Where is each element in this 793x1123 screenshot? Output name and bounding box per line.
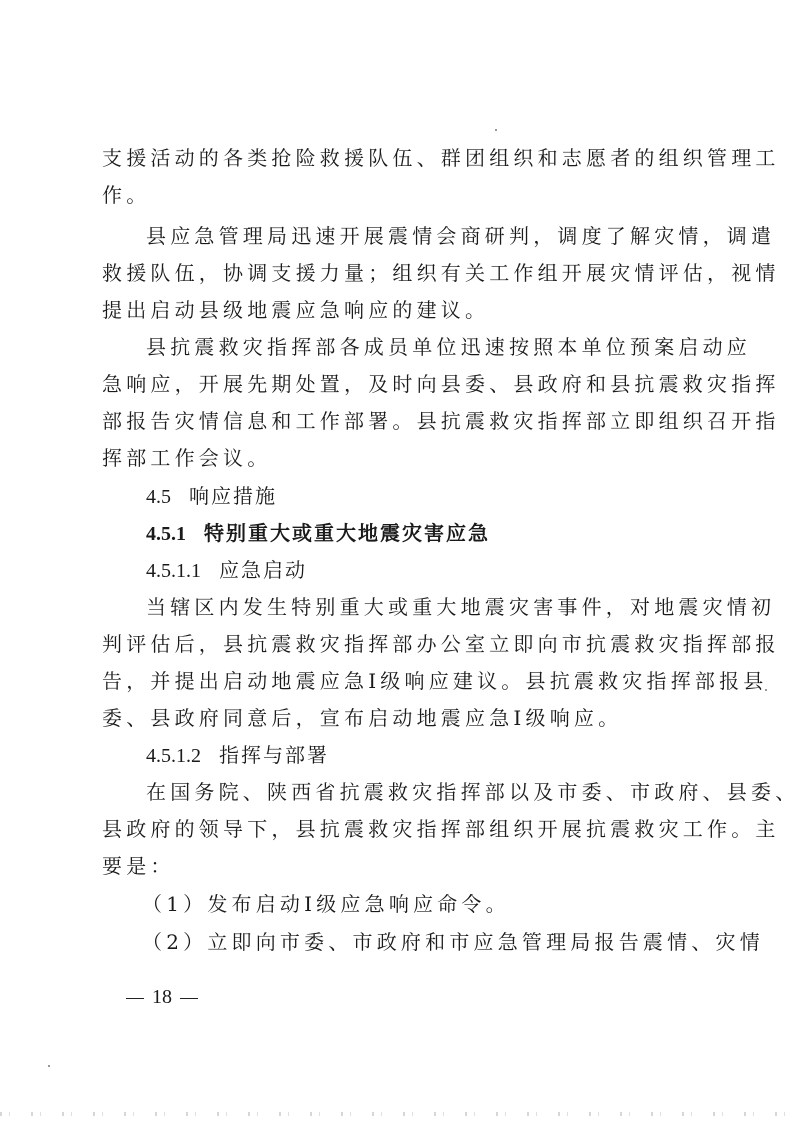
dash-decoration <box>180 998 198 999</box>
paragraph-line: 提出启动县级地震应急响应的建议。 <box>102 296 702 324</box>
section-number: 4.5.1 <box>146 523 186 545</box>
section-title: 应急启动 <box>219 558 307 582</box>
page-number-value: 18 <box>152 986 172 1008</box>
paragraph-line: 告，并提出启动地震应急I级响应建议。县抗震救灾指挥部报县 <box>102 667 702 695</box>
section-number: 4.5.1.1 <box>146 560 201 582</box>
paragraph-line: 判评估后，县抗震救灾指挥部办公室立即向市抗震救灾指挥部报 <box>102 630 702 658</box>
paragraph-line: 县政府的领导下，县抗震救灾指挥部组织开展抗震救灾工作。主 <box>102 815 702 843</box>
paragraph-line: 作。 <box>102 181 702 209</box>
section-heading-4-5-1: 4.5.1特别重大或重大地震灾害应急 <box>146 519 746 548</box>
list-item: （1）发布启动I级应急响应命令。 <box>142 890 742 918</box>
section-number: 4.5.1.2 <box>146 745 201 767</box>
paragraph-line: 县抗震救灾指挥部各成员单位迅速按照本单位预案启动应 <box>146 333 746 361</box>
paragraph-line: 救援队伍，协调支援力量；组织有关工作组开展灾情评估，视情 <box>102 259 702 287</box>
section-title: 特别重大或重大地震灾害应急 <box>204 521 490 545</box>
page-number: 18 <box>118 986 206 1009</box>
scan-edge-artifact <box>0 1112 793 1116</box>
paragraph-line: 要是： <box>102 852 702 880</box>
paragraph-line: 县应急管理局迅速开展震情会商研判，调度了解灾情，调遣 <box>146 222 746 250</box>
section-number: 4.5 <box>146 486 171 508</box>
scan-speck <box>48 1065 50 1067</box>
section-heading-4-5: 4.5响应措施 <box>146 482 746 511</box>
scan-speck <box>495 129 497 131</box>
section-title: 响应措施 <box>189 484 277 508</box>
list-item: （2）立即向市委、市政府和市应急管理局报告震情、灾情 <box>142 928 742 956</box>
paragraph-line: 委、县政府同意后，宣布启动地震应急I级响应。 <box>102 704 702 732</box>
paragraph-line: 在国务院、陕西省抗震救灾指挥部以及市委、市政府、县委、 <box>146 778 746 806</box>
section-heading-4-5-1-2: 4.5.1.2指挥与部署 <box>146 741 746 770</box>
paragraph-line: 挥部工作会议。 <box>102 444 702 472</box>
paragraph-line: 部报告灾情信息和工作部署。县抗震救灾指挥部立即组织召开指 <box>102 407 702 435</box>
paragraph-line: 支援活动的各类抢险救援队伍、群团组织和志愿者的组织管理工 <box>102 144 702 172</box>
paragraph-line: 当辖区内发生特别重大或重大地震灾害事件，对地震灾情初 <box>146 593 746 621</box>
paragraph-line: 急响应，开展先期处置，及时向县委、县政府和县抗震救灾指挥 <box>102 370 702 398</box>
scan-speck <box>765 689 767 691</box>
section-heading-4-5-1-1: 4.5.1.1应急启动 <box>146 556 746 585</box>
document-page: 支援活动的各类抢险救援队伍、群团组织和志愿者的组织管理工 作。 县应急管理局迅速… <box>0 0 793 1123</box>
dash-decoration <box>126 998 144 999</box>
section-title: 指挥与部署 <box>219 743 329 767</box>
